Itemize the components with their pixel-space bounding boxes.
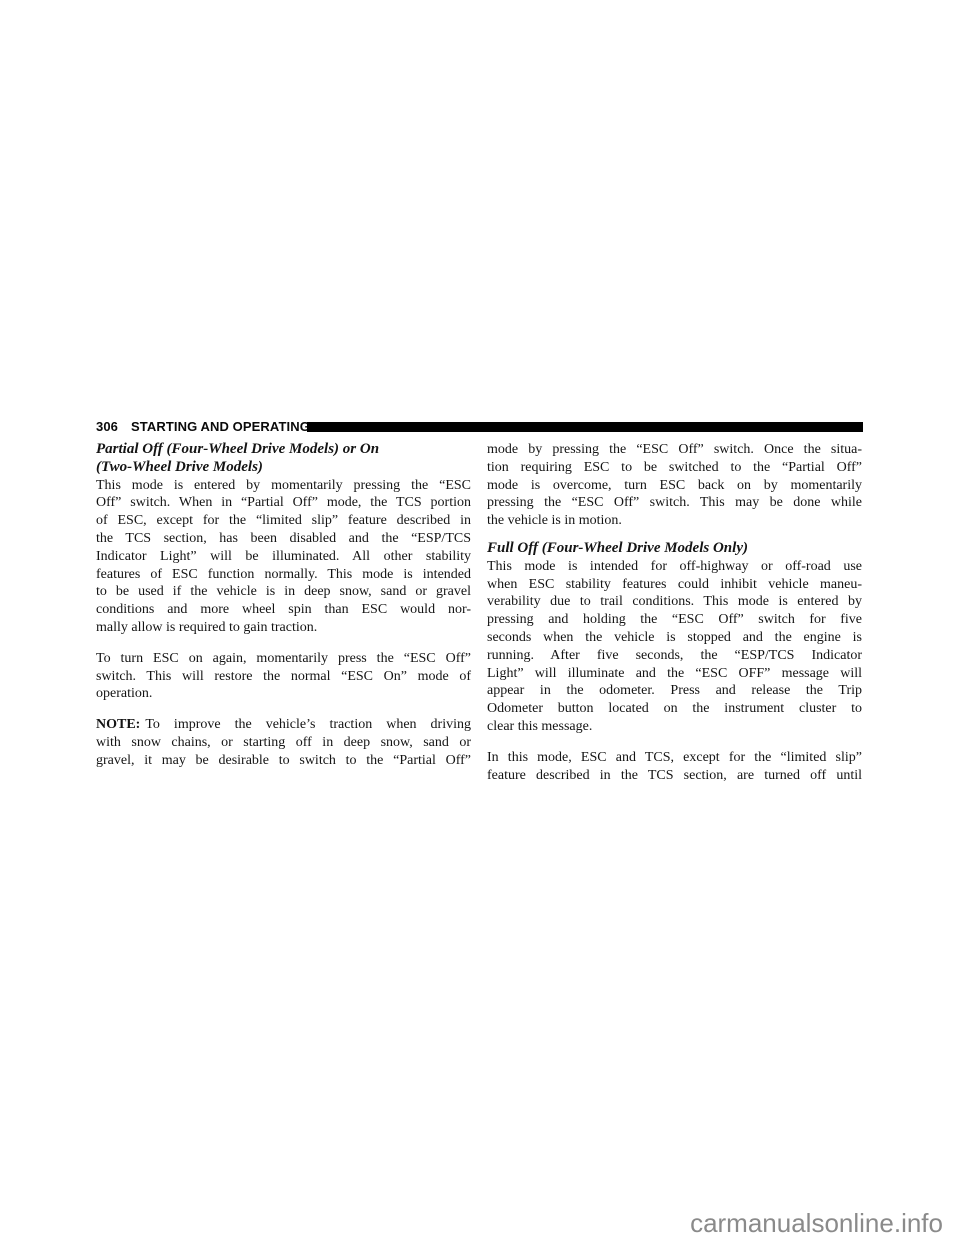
paragraph-partial-off-continued: mode by pressing the “ESC Off” switch. O… (487, 441, 862, 530)
text-line: mode by pressing the “ESC Off” switch. O… (487, 441, 862, 459)
header-title: STARTING AND OPERATING (131, 419, 310, 434)
text-line: features of ESC function normally. This … (96, 566, 471, 584)
note-label: NOTE: (96, 717, 140, 732)
text-line: clear this message. (487, 718, 862, 736)
text-line: Light” will illuminate and the “ESC OFF”… (487, 665, 862, 683)
text-line: verability due to trail conditions. This… (487, 593, 862, 611)
text-line: the vehicle is in motion. (487, 512, 862, 530)
text-line: mode is overcome, turn ESC back on by mo… (487, 477, 862, 495)
paragraph-full-off-continued: In this mode, ESC and TCS, except for th… (487, 749, 862, 785)
right-column: mode by pressing the “ESC Off” switch. O… (487, 441, 862, 784)
text-line: the TCS section, has been disabled and t… (96, 530, 471, 548)
text-line: (Two-Wheel Drive Models) (96, 459, 471, 477)
note-rest-lines: with snow chains, or starting off in dee… (96, 734, 471, 770)
text-line: running. After five seconds, the “ESP/TC… (487, 647, 862, 665)
text-line: Indicator Light” will be illuminated. Al… (96, 548, 471, 566)
text-line: This mode is entered by momentarily pres… (96, 477, 471, 495)
paragraph-esc-on-again: To turn ESC on again, momentarily press … (96, 650, 471, 703)
text-line: mally allow is required to gain traction… (96, 619, 471, 637)
note-paragraph: NOTE:To improve the vehicle’s traction w… (96, 716, 471, 769)
text-line: seconds when the vehicle is stopped and … (487, 629, 862, 647)
paragraph-partial-off-description: This mode is entered by momentarily pres… (96, 477, 471, 637)
page-number: 306 (96, 419, 118, 434)
paragraph-full-off-description: This mode is intended for off-highway or… (487, 558, 862, 736)
text-line: operation. (96, 685, 471, 703)
text-line: with snow chains, or starting off in dee… (96, 734, 471, 752)
text-line: when ESC stability features could inhibi… (487, 576, 862, 594)
watermark: carmanualsonline.info (690, 1209, 943, 1238)
note-first-line: NOTE:To improve the vehicle’s traction w… (96, 716, 471, 734)
text-line: feature described in the TCS section, ar… (487, 767, 862, 785)
text-line: In this mode, ESC and TCS, except for th… (487, 749, 862, 767)
text-line: to be used if the vehicle is in deep sno… (96, 583, 471, 601)
text-line: To turn ESC on again, momentarily press … (96, 650, 471, 668)
header-bar (307, 422, 863, 432)
text-line: tion requiring ESC to be switched to the… (487, 459, 862, 477)
text-line: of ESC, except for the “limited slip” fe… (96, 512, 471, 530)
manual-page: 306STARTING AND OPERATING Partial Off (F… (0, 0, 960, 1242)
note-first-line-text: To improve the vehicle’s traction when d… (145, 717, 471, 732)
text-line: switch. This will restore the normal “ES… (96, 668, 471, 686)
section-heading-full-off: Full Off (Four-Wheel Drive Models Only) (487, 540, 862, 558)
text-line: Off” switch. When in “Partial Off” mode,… (96, 494, 471, 512)
text-line: pressing and holding the “ESC Off” switc… (487, 611, 862, 629)
text-line: conditions and more wheel spin than ESC … (96, 601, 471, 619)
text-line: This mode is intended for off-highway or… (487, 558, 862, 576)
text-line: pressing the “ESC Off” switch. This may … (487, 494, 862, 512)
left-column: Partial Off (Four-Wheel Drive Models) or… (96, 441, 471, 770)
section-heading-partial-off: Partial Off (Four-Wheel Drive Models) or… (96, 441, 471, 477)
text-line: gravel, it may be desirable to switch to… (96, 752, 471, 770)
text-line: appear in the odometer. Press and releas… (487, 682, 862, 700)
text-line: Odometer button located on the instrumen… (487, 700, 862, 718)
page-header: 306STARTING AND OPERATING (96, 419, 310, 435)
text-line: Partial Off (Four-Wheel Drive Models) or… (96, 441, 471, 459)
